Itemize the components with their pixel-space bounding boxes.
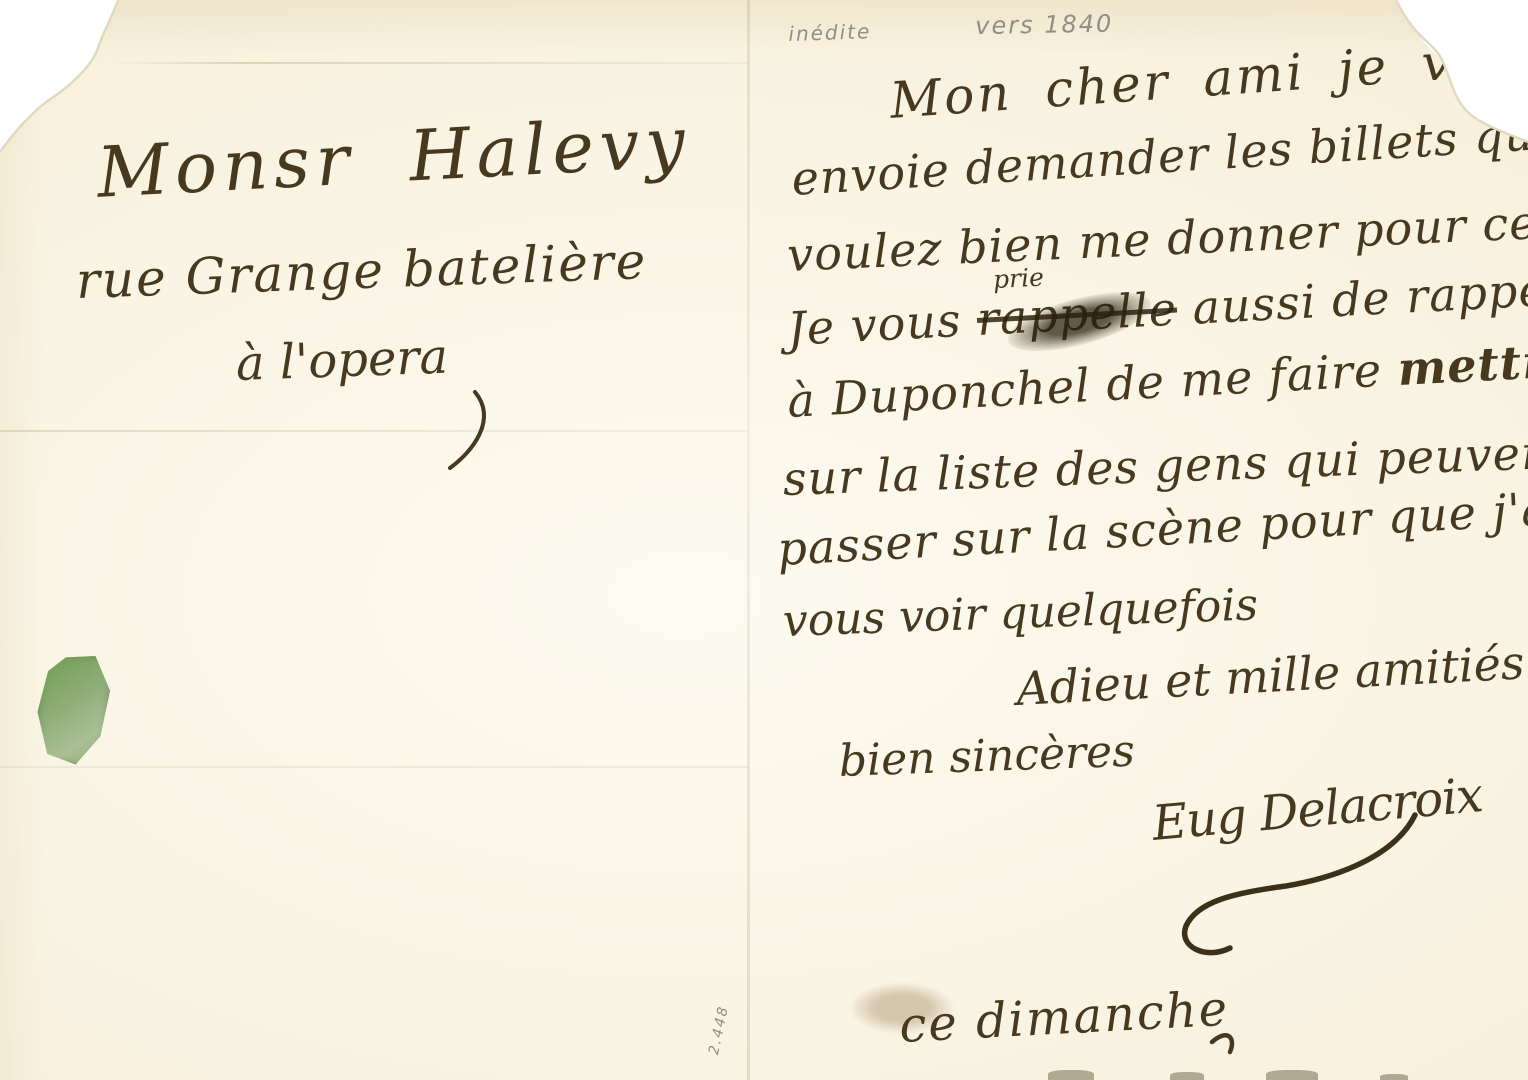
line-4-inserted-word: prie [992,262,1044,294]
scanned-letter-spread: inédite vers 1840 2.448 Monsr Halevy rue… [0,0,1528,1080]
address-line-opera: à l'opera [235,329,449,392]
line-4-before: Je vous [786,293,963,356]
pencil-note-date: vers 1840 [975,10,1114,40]
pencil-note-inedite: inédite [788,19,872,46]
letter-closing-line-2: bien sincères [838,726,1136,787]
line-5-overwritten-word: mettre [1396,333,1528,396]
